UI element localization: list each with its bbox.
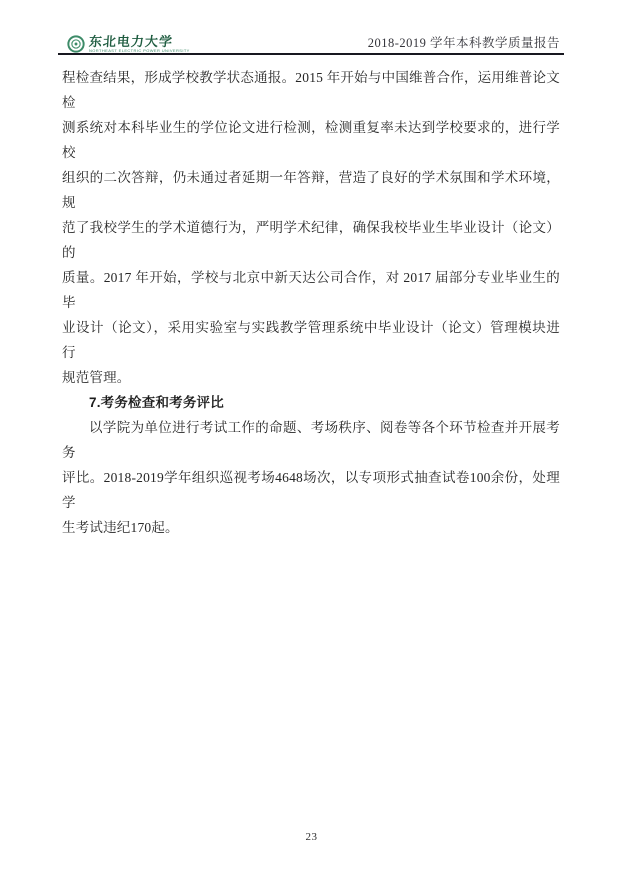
page-footer: 23 xyxy=(0,827,623,845)
body-line: 以学院为单位进行考试工作的命题、考场秩序、阅卷等各个环节检查并开展考务 xyxy=(62,415,560,465)
body-line: 范了我校学生的学术道德行为，严明学术纪律，确保我校毕业生毕业设计（论文）的 xyxy=(62,215,560,265)
body-line: 评比。2018-2019学年组织巡视考场4648场次，以专项形式抽查试卷100余… xyxy=(62,465,560,515)
body-line: 测系统对本科毕业生的学位论文进行检测，检测重复率未达到学校要求的，进行学校 xyxy=(62,115,560,165)
body-line: 规范管理。 xyxy=(62,365,560,390)
page-number: 23 xyxy=(306,831,318,843)
report-title: 2018-2019 学年本科教学质量报告 xyxy=(368,33,560,53)
header-divider xyxy=(58,53,564,55)
section-heading: 7.考务检查和考务评比 xyxy=(62,390,560,415)
document-page: 东北电力大学 NORTHEAST ELECTRIC POWER UNIVERSI… xyxy=(0,0,623,881)
body-line: 生考试违纪170起。 xyxy=(62,515,560,540)
page-header: 东北电力大学 NORTHEAST ELECTRIC POWER UNIVERSI… xyxy=(62,25,560,53)
document-body: 程检查结果，形成学校教学状态通报。2015 年开始与中国维普合作，运用维普论文检… xyxy=(62,65,560,540)
university-name-chinese: 东北电力大学 xyxy=(89,35,191,48)
university-logo-text: 东北电力大学 NORTHEAST ELECTRIC POWER UNIVERSI… xyxy=(89,35,190,54)
body-line: 程检查结果，形成学校教学状态通报。2015 年开始与中国维普合作，运用维普论文检 xyxy=(62,65,560,115)
university-logo: 东北电力大学 NORTHEAST ELECTRIC POWER UNIVERSI… xyxy=(67,35,190,54)
body-line: 质量。2017 年开始，学校与北京中新天达公司合作，对 2017 届部分专业毕业… xyxy=(62,265,560,315)
body-line: 业设计（论文），采用实验室与实践教学管理系统中毕业设计（论文）管理模块进行 xyxy=(62,315,560,365)
body-line: 组织的二次答辩，仍未通过者延期一年答辩，营造了良好的学术氛围和学术环境，规 xyxy=(62,165,560,215)
university-emblem-icon xyxy=(67,35,85,53)
